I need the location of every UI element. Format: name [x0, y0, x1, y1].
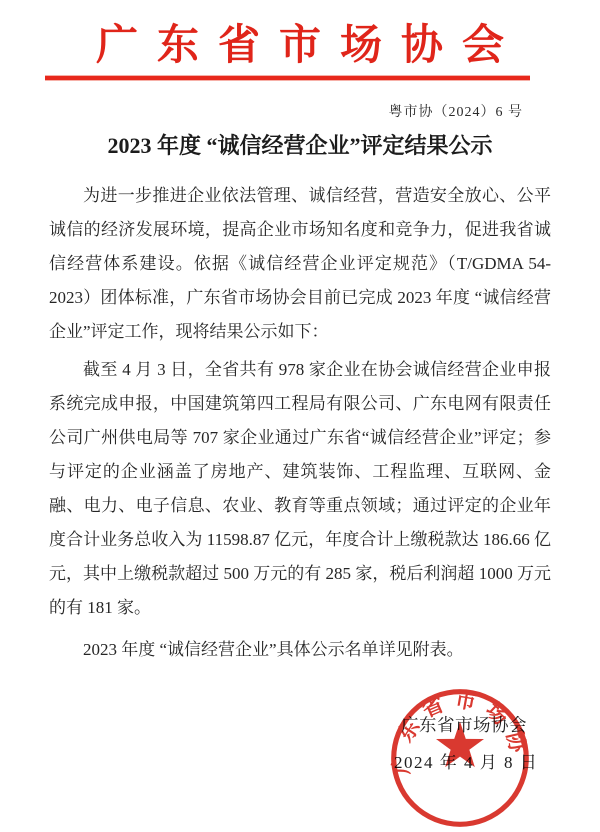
paragraph-attachment-note: 2023 年度 “诚信经营企业”具体公示名单详见附表。	[49, 633, 551, 667]
header-org-name: 广东省市场协会	[0, 12, 600, 72]
seal-star-icon	[436, 722, 484, 768]
header-red-divider	[45, 75, 530, 81]
paragraph-intro: 为进一步推进企业依法管理、诚信经营，营造安全放心、公平诚信的经济发展环境，提高企…	[49, 179, 551, 349]
notice-title: 2023 年度 “诚信经营企业”评定结果公示	[0, 129, 600, 160]
doc-number: 粤市协（2024）6 号	[389, 101, 524, 121]
notice-body: 为进一步推进企业依法管理、诚信经营，营造安全放心、公平诚信的经济发展环境，提高企…	[49, 179, 551, 667]
official-seal: 广东省市场协会	[390, 688, 530, 828]
paragraph-results: 截至 4 月 3 日，全省共有 978 家企业在协会诚信经营企业申报系统完成申报…	[49, 353, 551, 625]
document-page: 广东省市场协会 粤市协（2024）6 号 2023 年度 “诚信经营企业”评定结…	[0, 0, 600, 832]
